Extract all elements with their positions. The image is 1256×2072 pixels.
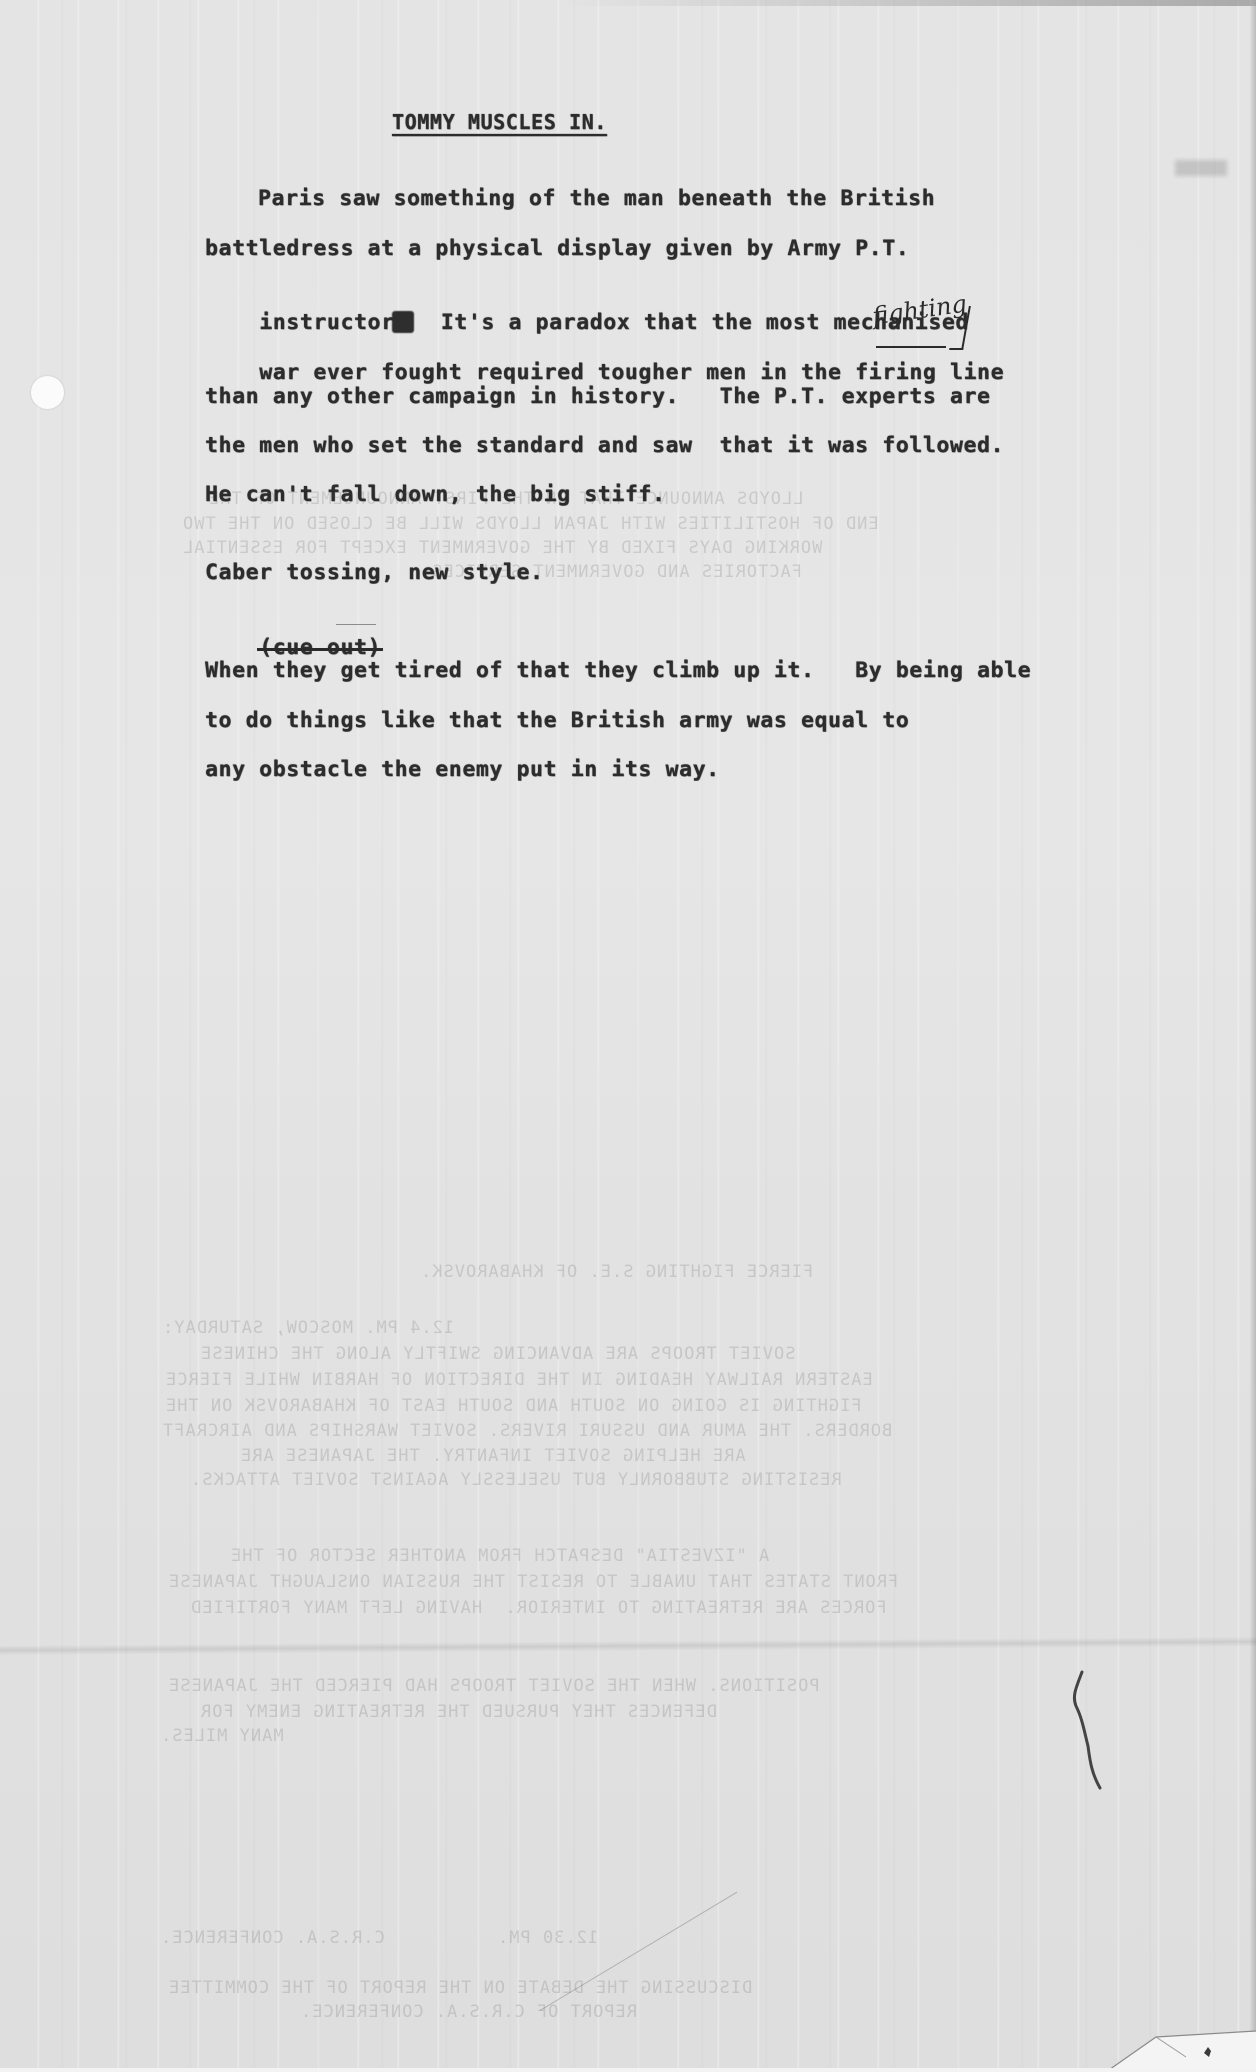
ink-smudge bbox=[1175, 160, 1227, 176]
bleed-through-line: POSITIONS. WHEN THE SOVIET TROOPS HAD PI… bbox=[168, 1676, 820, 1696]
bleed-through-line: FORCES ARE RETREATING TO INTERIOR. HAVIN… bbox=[190, 1598, 887, 1618]
bleed-through-line: 12.4 PM. MOSCOW, SATURDAY: bbox=[162, 1318, 454, 1338]
struck-word: firing bbox=[855, 360, 936, 385]
body-line: Paris saw something of the man beneath t… bbox=[258, 186, 935, 211]
body-line: any obstacle the enemy put in its way. bbox=[205, 757, 720, 782]
scan-top-edge bbox=[560, 0, 1256, 6]
strike-through-mark bbox=[876, 346, 946, 348]
bleed-through-line: ARE HELPING SOVIET INFANTRY. THE JAPANES… bbox=[240, 1446, 746, 1466]
struck-text: (cue out) bbox=[259, 635, 381, 660]
pencil-squiggle-mark bbox=[1070, 1670, 1120, 1800]
body-text: line bbox=[950, 360, 1004, 385]
bleed-through-line: RESISTING STUBBORNLY BUT USELESSLY AGAIN… bbox=[190, 1470, 842, 1490]
bleed-through-line: BORDERS. THE AMUR AND USSURI RIVERS. SOV… bbox=[162, 1421, 892, 1441]
bleed-through-line: DEFENCES THEY PURSUED THE RETREATING ENE… bbox=[200, 1702, 717, 1722]
bleed-through-line: FIGHTING IS GOING ON SOUTH AND SOUTH EAS… bbox=[165, 1396, 862, 1416]
bleed-through-line: SOVIET TROOPS ARE ADVANCING SWIFTLY ALON… bbox=[200, 1344, 795, 1364]
bleed-through-line: A "IZVESTIA" DESPATCH FROM ANOTHER SECTO… bbox=[230, 1546, 769, 1566]
bleed-through-line: REPORT OF C.R.S.A. CONFERENCE. bbox=[300, 2002, 637, 2022]
body-line: Caber tossing, new style. bbox=[205, 560, 544, 585]
paper-fold-crease bbox=[0, 1637, 1256, 1656]
bleed-through-line: DISCUSSING THE DEBATE ON THE REPORT OF T… bbox=[168, 1978, 752, 1998]
bleed-through-line: 12.30 PM. C.R.S.A. CONFERENCE. bbox=[160, 1928, 598, 1948]
body-line: When they get tired of that they climb u… bbox=[205, 658, 1031, 683]
body-text: war ever fought required tougher men in … bbox=[259, 360, 841, 385]
body-line: He can't fall down, the big stiff. bbox=[205, 482, 666, 507]
body-line: the men who set the standard and saw tha… bbox=[205, 433, 1004, 458]
bleed-through-line: MANY MILES. bbox=[160, 1726, 284, 1746]
bleed-through-line: FIERCE FIGHTING S.E. OF KHABAROVSK. bbox=[420, 1262, 813, 1282]
document-title: TOMMY MUSCLES IN. bbox=[392, 110, 607, 134]
scan-right-edge bbox=[1250, 0, 1256, 2072]
overtype-blot bbox=[392, 311, 414, 333]
body-line: than any other campaign in history. The … bbox=[205, 384, 991, 409]
folded-corner bbox=[1106, 2027, 1256, 2072]
punch-hole bbox=[31, 376, 64, 409]
bleed-through-line: END OF HOSTILITIES WITH JAPAN LLOYDS WIL… bbox=[182, 514, 879, 534]
bleed-through-line: EASTERN RAILWAY HEADING IN THE DIRECTION… bbox=[165, 1370, 873, 1390]
pencil-line bbox=[336, 624, 376, 625]
body-line: battledress at a physical display given … bbox=[205, 236, 909, 261]
body-line: to do things like that the British army … bbox=[205, 708, 909, 733]
overtyped-word: instructor bbox=[259, 310, 394, 335]
scan-bottom-edge bbox=[0, 2068, 1256, 2072]
scanned-document-page: LLOYDS ANNOUNCE THAT ON THE FIRST ANNOUN… bbox=[0, 0, 1256, 2072]
bleed-through-line: FRONT STATES THAT UNABLE TO RESIST THE R… bbox=[168, 1572, 898, 1592]
bleed-through-line: WORKING DAYS FIXED BY THE GOVERNMENT EXC… bbox=[182, 538, 822, 558]
